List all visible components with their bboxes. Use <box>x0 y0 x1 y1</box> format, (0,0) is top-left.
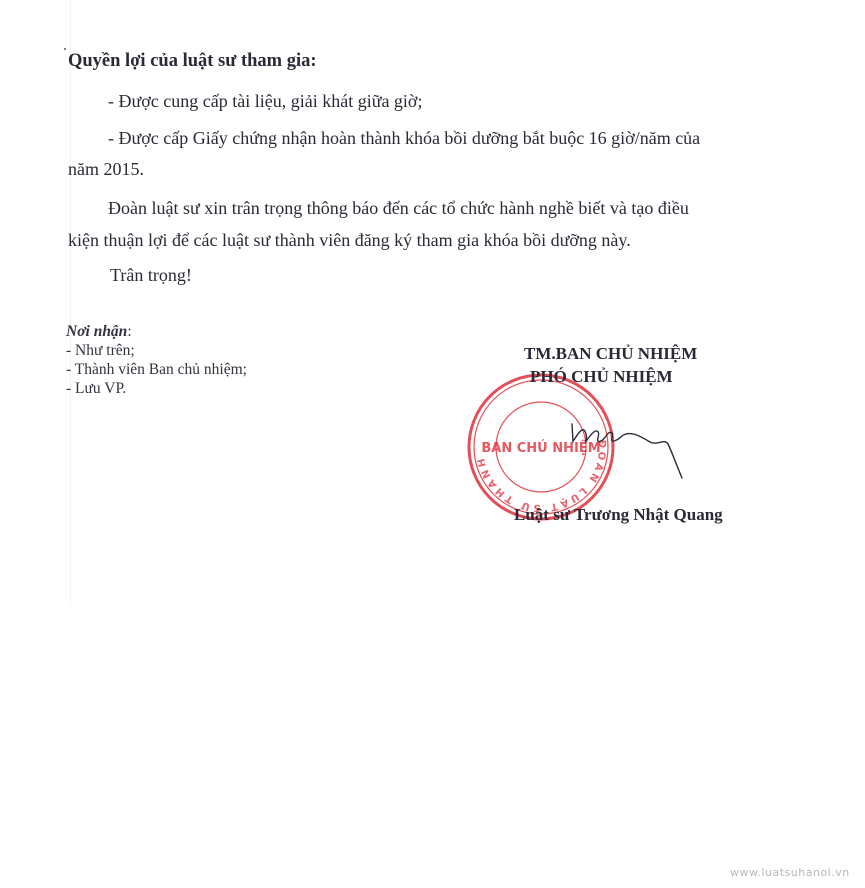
closing-salutation: Trân trọng! <box>110 264 192 286</box>
recipients-label: Nơi nhận <box>66 323 127 340</box>
recipients-label-row: Nơi nhận: <box>66 322 247 341</box>
recipient-item: - Lưu VP. <box>66 379 247 398</box>
benefit-item: - Được cung cấp tài liệu, giải khát giữa… <box>108 90 422 112</box>
recipient-item: - Thành viên Ban chủ nhiệm; <box>66 360 247 379</box>
recipients-colon: : <box>127 323 131 340</box>
notice-paragraph-line: Đoàn luật sư xin trân trọng thông báo đế… <box>108 197 689 219</box>
scan-speck <box>64 48 66 50</box>
benefits-heading: Quyền lợi của luật sư tham gia: <box>68 50 317 72</box>
page-margin-line <box>70 0 71 605</box>
signature-title-line1: TM.BAN CHỦ NHIỆM <box>524 344 697 364</box>
signer-name: Luật sư Trương Nhật Quang <box>514 505 723 525</box>
handwritten-signature-icon <box>560 420 690 490</box>
benefit-item-continuation: năm 2015. <box>68 158 144 180</box>
notice-paragraph-line: kiện thuận lợi để các luật sư thành viên… <box>68 229 631 251</box>
recipients-block: Nơi nhận: - Như trên; - Thành viên Ban c… <box>66 322 247 398</box>
signature-title-line2: PHÓ CHỦ NHIỆM <box>530 367 673 387</box>
benefit-item: - Được cấp Giấy chứng nhận hoàn thành kh… <box>108 127 700 149</box>
website-watermark: www.luatsuhanoi.vn <box>730 866 850 879</box>
recipient-item: - Như trên; <box>66 341 247 360</box>
